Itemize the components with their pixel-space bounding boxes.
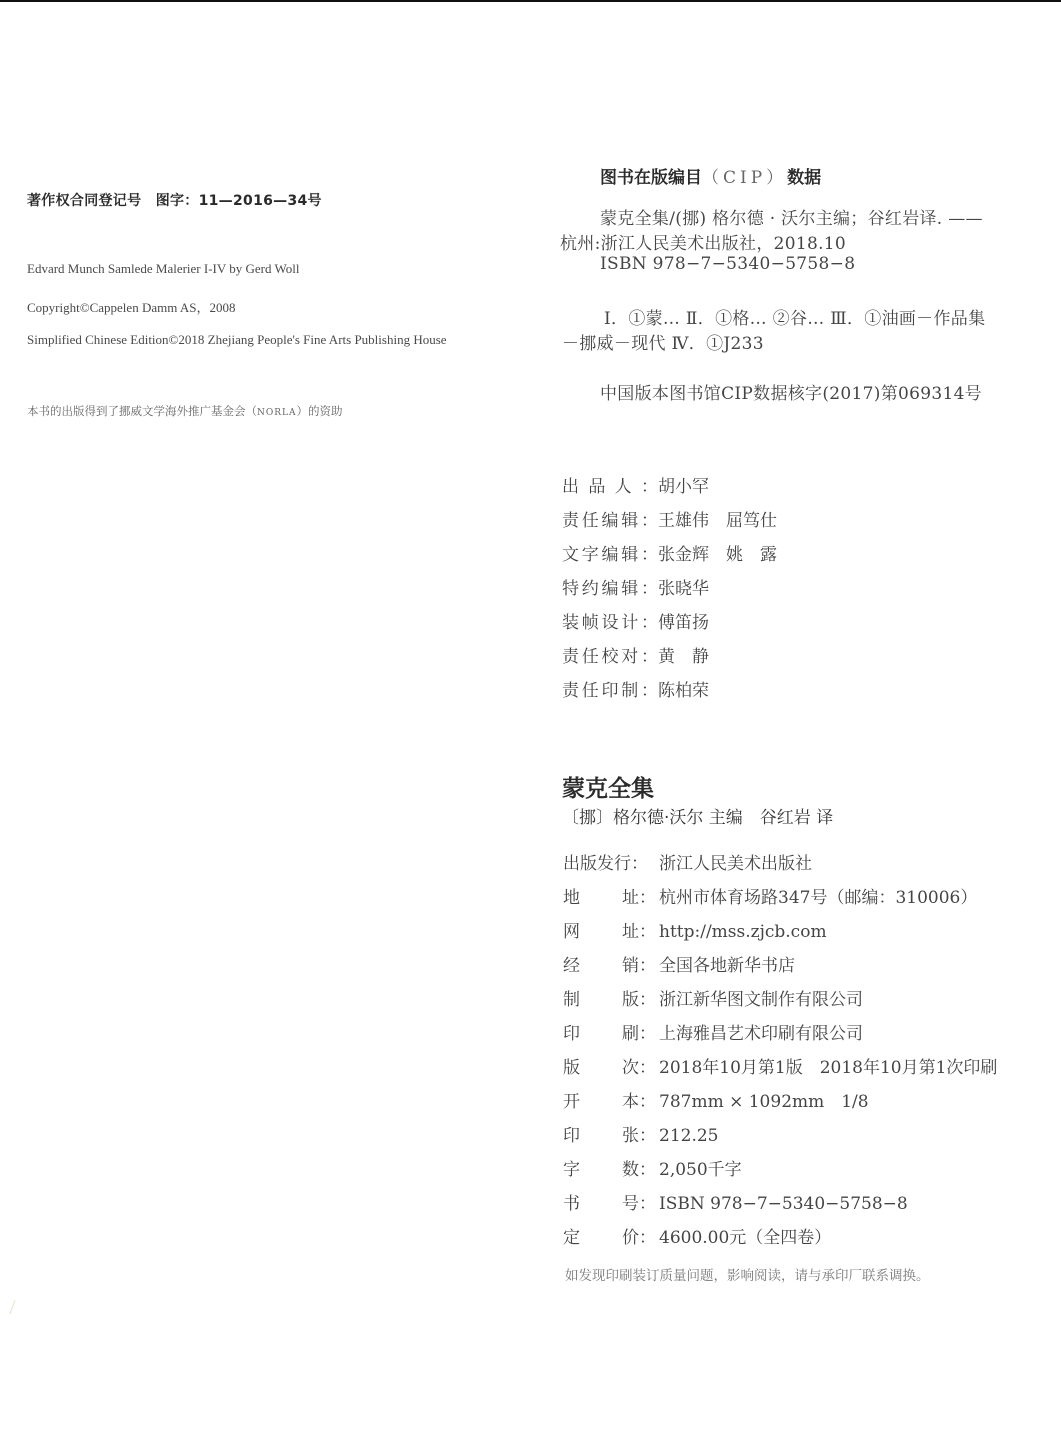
credit-value: 胡小罕 [658,477,709,497]
credit-label: 文字编辑： [562,540,658,565]
credit-value: 傅笛扬 [658,613,709,633]
pub-value: 4600.00元（全四卷） [659,1228,831,1248]
credit-row: 文字编辑：张金辉 姚 露 [562,540,777,565]
pub-row-printer: 印刷：上海雅昌艺术印刷有限公司 [563,1019,863,1044]
cip-heading-main: 图书在版编目 [600,168,702,188]
credit-label: 出品人： [562,472,658,497]
pub-value: 212.25 [659,1126,718,1146]
pub-label: 书号： [563,1189,659,1214]
credit-row: 装帧设计：傅笛扬 [562,608,709,633]
credit-row: 责任印制：陈柏荣 [562,676,709,701]
top-border-rule [0,0,1061,2]
pub-row-address: 地址：杭州市体育场路347号（邮编：310006） [563,883,977,908]
pub-row-format: 开本：787mm × 1092mm 1/8 [563,1087,869,1112]
original-title-line: Edvard Munch Samlede Malerier I-IV by Ge… [27,261,299,277]
pub-label: 字数： [563,1155,659,1180]
pub-label: 经销： [563,951,659,976]
pub-row-edition: 版次：2018年10月第1版 2018年10月第1次印刷 [563,1053,997,1078]
cip-line-publisher: 杭州:浙江人民美术出版社，2018.10 [560,229,846,254]
credit-row: 特约编辑：张晓华 [562,574,709,599]
pub-label: 定价： [563,1223,659,1248]
book-title: 蒙克全集 [562,770,654,803]
pub-row-word-count: 字数：2,050千字 [563,1155,742,1180]
credit-value: 王雄伟 屈笃仕 [658,511,777,531]
pub-label: 印张： [563,1121,659,1146]
credit-row: 责任校对：黄 静 [562,642,709,667]
credit-label: 责任校对： [562,642,658,667]
pub-row-distributor: 经销：全国各地新华书店 [563,951,795,976]
pub-value: 浙江新华图文制作有限公司 [659,990,863,1010]
pub-label: 开本： [563,1087,659,1112]
pub-value: 浙江人民美术出版社 [659,854,812,874]
pub-value: 787mm × 1092mm 1/8 [659,1092,869,1112]
credit-value: 陈柏荣 [658,681,709,701]
credit-label: 装帧设计： [562,608,658,633]
pub-row-isbn: 书号：ISBN 978−7−5340−5758−8 [563,1189,908,1214]
pub-row-price: 定价：4600.00元（全四卷） [563,1223,831,1248]
credit-value: 黄 静 [658,647,709,667]
norla-note-suffix: ）的资助 [297,404,343,418]
cip-heading-paren: （CIP） [702,168,787,188]
credit-label: 责任印制： [562,676,658,701]
pub-label: 制版： [563,985,659,1010]
pub-label: 出版发行： [563,849,659,874]
pub-label: 地址： [563,883,659,908]
credit-row: 责任编辑：王雄伟 屈笃仕 [562,506,777,531]
pub-value: ISBN 978−7−5340−5758−8 [659,1194,908,1214]
cip-line-isbn: ISBN 978−7−5340−5758−8 [600,254,855,274]
cip-line-classification: Ⅰ．①蒙… Ⅱ．①格… ②谷… Ⅲ．①油画－作品集 [604,304,985,329]
pub-row-plate-making: 制版：浙江新华图文制作有限公司 [563,985,863,1010]
pub-value: 全国各地新华书店 [659,956,795,976]
quality-notice: 如发现印刷装订质量问题，影响阅读，请与承印厂联系调换。 [565,1264,930,1284]
pub-label: 版次： [563,1053,659,1078]
credit-value: 张晓华 [658,579,709,599]
scan-speck [9,1300,21,1314]
cip-line-title: 蒙克全集/(挪) 格尔德 · 沃尔主编；谷红岩译. —— [600,204,983,229]
norla-acronym: NORLA [257,408,297,418]
cip-heading: 图书在版编目（CIP）数据 [600,163,821,188]
pub-value: 2,050千字 [659,1160,742,1180]
cip-heading-end: 数据 [787,168,821,188]
pub-label: 网址： [563,917,659,942]
pub-value: 2018年10月第1版 2018年10月第1次印刷 [659,1058,997,1078]
copyright-line: Copyright©Cappelen Damm AS，2008 [27,297,235,316]
pub-value: 杭州市体育场路347号（邮编：310006） [659,888,977,908]
pub-row-website: 网址：http://mss.zjcb.com [563,917,827,942]
norla-note-prefix: 本书的出版得到了挪威文学海外推广基金会（ [27,404,257,418]
chinese-edition-line: Simplified Chinese Edition©2018 Zhejiang… [27,332,447,348]
credit-label: 特约编辑： [562,574,658,599]
pub-row-publisher: 出版发行：浙江人民美术出版社 [563,849,812,874]
norla-funding-note: 本书的出版得到了挪威文学海外推广基金会（NORLA）的资助 [27,403,343,419]
pub-row-sheets: 印张：212.25 [563,1121,718,1146]
credit-row: 出品人：胡小罕 [562,472,709,497]
credit-value: 张金辉 姚 露 [658,545,777,565]
pub-value: 上海雅昌艺术印刷有限公司 [659,1024,863,1044]
copyright-registration-number: 著作权合同登记号 图字：11—2016—34号 [27,190,322,210]
pub-label: 印刷： [563,1019,659,1044]
cip-data-number: 中国版本图书馆CIP数据核字(2017)第069314号 [600,379,982,404]
book-authors: 〔挪〕格尔德·沃尔 主编 谷红岩 译 [562,803,833,828]
pub-value-url: http://mss.zjcb.com [659,922,827,942]
credit-label: 责任编辑： [562,506,658,531]
cip-line-classification-cont: －挪威－现代 Ⅳ．①J233 [562,329,764,354]
